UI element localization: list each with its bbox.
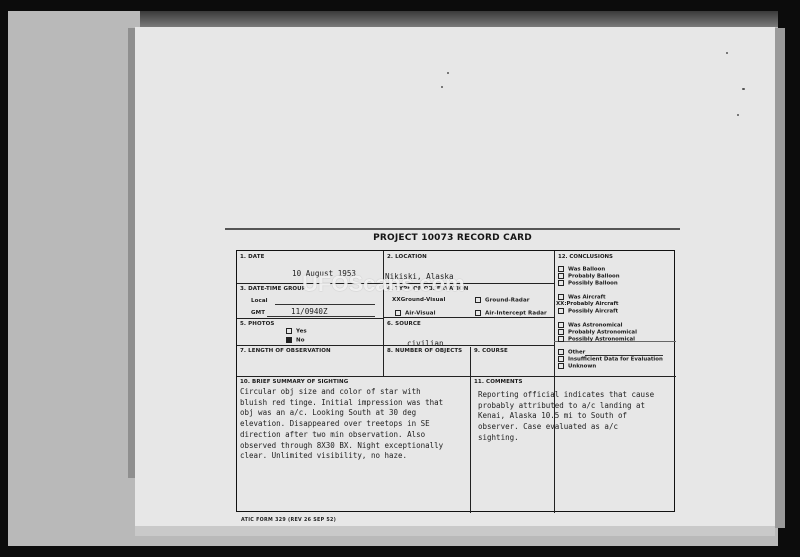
divider xyxy=(383,251,384,349)
brief-summary-label: 10. BRIEF SUMMARY OF SIGHTING xyxy=(240,379,348,385)
conclusion-unknown: Unknown xyxy=(558,363,596,370)
divider xyxy=(470,347,471,513)
conclusion-possibly-balloon: Possibly Balloon xyxy=(558,280,618,287)
checkbox xyxy=(558,322,564,328)
conclusions-label: 12. CONCLUSIONS xyxy=(558,254,613,260)
option-air-intercept-radar: Air-Intercept Radar xyxy=(475,310,547,317)
date-label: 1. DATE xyxy=(240,254,264,260)
dust-speck xyxy=(447,72,449,74)
checkbox xyxy=(558,308,564,314)
checkbox xyxy=(286,328,292,334)
photos-option-yes: Yes xyxy=(286,328,307,335)
conclusion-probably-balloon: Probably Balloon xyxy=(558,273,620,280)
checkbox xyxy=(558,329,564,335)
comments-text: Reporting official indicates that causep… xyxy=(478,390,654,444)
checkbox-mark: XX xyxy=(392,297,401,303)
source-value: civilian xyxy=(407,339,444,348)
checkbox xyxy=(475,310,481,316)
dust-speck xyxy=(441,86,443,88)
length-of-observation-label: 7. LENGTH OF OBSERVATION xyxy=(240,348,331,354)
checkbox-mark: XX xyxy=(556,301,564,307)
checkbox xyxy=(558,363,564,369)
checkbox xyxy=(395,310,401,316)
scan-right-strip xyxy=(775,28,785,528)
conclusion-insufficient-data: Insufficient Data for Evaluation xyxy=(558,356,663,363)
gmt-value: 11/0940Z xyxy=(291,307,328,316)
course-label: 9. COURSE xyxy=(474,348,508,354)
dust-speck xyxy=(726,52,728,54)
brief-summary-text: Circular obj size and color of star with… xyxy=(240,387,443,462)
watermark: UFOScans.com xyxy=(302,271,465,297)
scan-border-right xyxy=(786,0,800,557)
checkbox xyxy=(475,297,481,303)
option-air-visual: Air-Visual xyxy=(395,310,436,317)
conclusion-was-astronomical: Was Astronomical xyxy=(558,322,622,329)
comments-label: 11. COMMENTS xyxy=(474,379,523,385)
checkbox xyxy=(558,266,564,272)
card-title: PROJECT 10073 RECORD CARD xyxy=(230,233,675,243)
conclusion-other: Other xyxy=(558,349,663,356)
divider xyxy=(383,317,554,318)
paper-bottom-shade xyxy=(135,526,775,536)
checkbox xyxy=(558,356,564,362)
local-line xyxy=(275,304,375,305)
form-footer: ATIC FORM 329 (REV 26 SEP 52) xyxy=(241,518,336,523)
conclusion-was-aircraft: Was Aircraft xyxy=(558,294,606,301)
number-of-objects-label: 8. NUMBER OF OBJECTS xyxy=(387,348,462,354)
dust-speck xyxy=(742,88,745,90)
conclusions-section: 12. CONCLUSIONS Was Balloon Probably Bal… xyxy=(555,251,676,377)
checkbox xyxy=(558,336,564,342)
divider xyxy=(383,349,384,376)
checkbox-checked xyxy=(286,337,292,343)
photos-option-no: No xyxy=(286,337,305,344)
checkbox xyxy=(558,280,564,286)
divider xyxy=(237,318,383,319)
source-label: 6. SOURCE xyxy=(387,321,421,327)
checkbox xyxy=(558,294,564,300)
scan-top-shadow xyxy=(140,11,778,27)
dust-speck xyxy=(737,114,739,116)
checkbox xyxy=(558,273,564,279)
card-top-rule xyxy=(225,228,680,230)
option-ground-radar: Ground-Radar xyxy=(475,297,530,304)
other-line xyxy=(585,350,663,356)
location-label: 2. LOCATION xyxy=(387,254,427,260)
photos-label: 5. PHOTOS xyxy=(240,321,274,327)
gmt-line xyxy=(267,316,375,317)
local-label: Local xyxy=(251,298,268,304)
conclusion-possibly-astronomical: Possibly Astronomical xyxy=(558,336,635,343)
scan-border-bottom xyxy=(0,547,800,557)
conclusion-was-balloon: Was Balloon xyxy=(558,266,605,273)
conclusion-probably-aircraft: XX:Probably Aircraft xyxy=(556,301,618,307)
gmt-label: GMT xyxy=(251,310,265,316)
option-ground-visual: XXGround-Visual xyxy=(392,297,445,303)
conclusion-probably-astronomical: Probably Astronomical xyxy=(558,329,637,336)
checkbox xyxy=(558,349,564,355)
conclusion-possibly-aircraft: Possibly Aircraft xyxy=(558,308,618,315)
divider xyxy=(237,345,554,346)
date-time-group-label: 3. DATE-TIME GROUP xyxy=(240,286,306,292)
